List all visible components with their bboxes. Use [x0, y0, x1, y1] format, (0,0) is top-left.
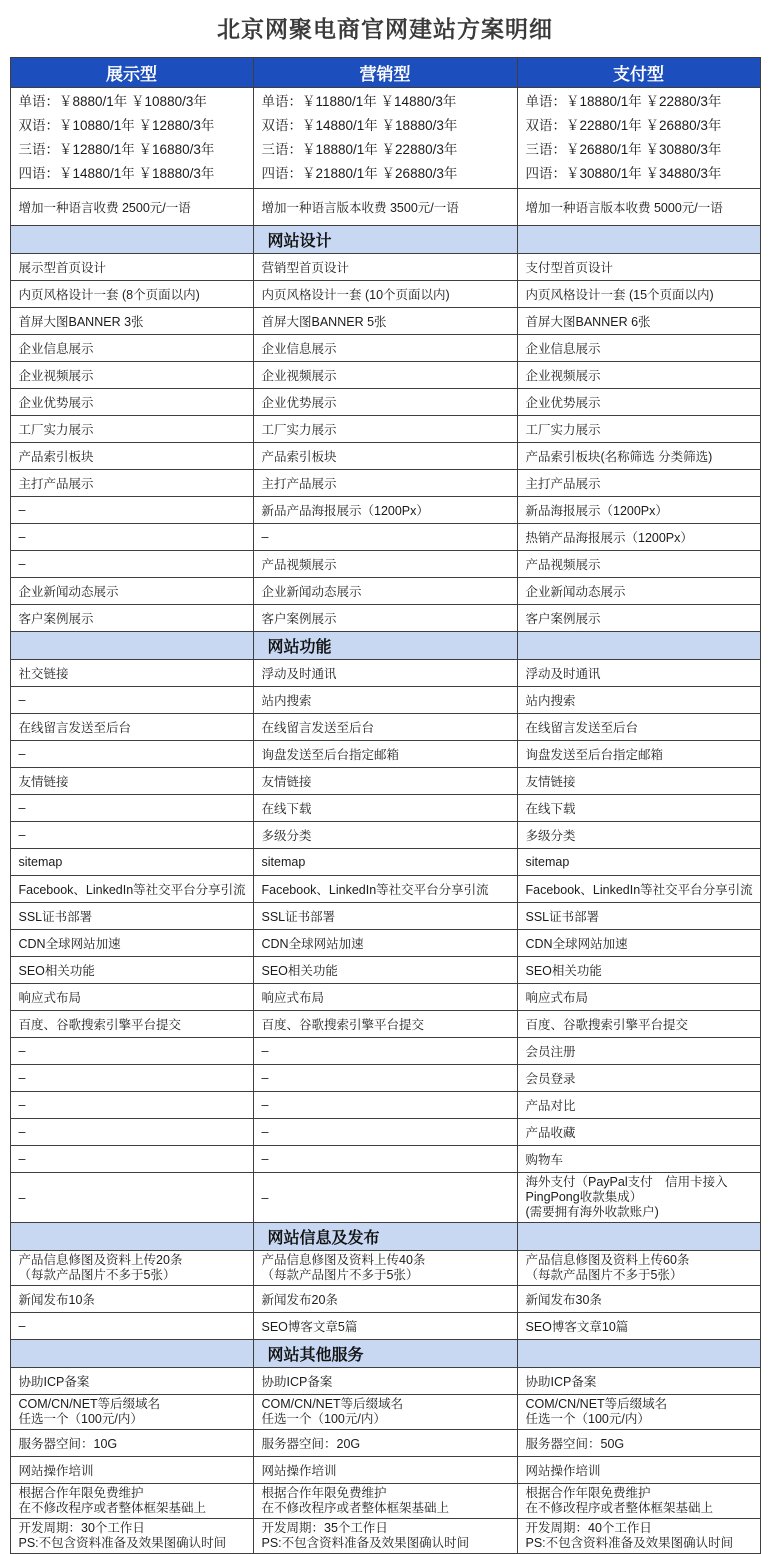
table-cell: – [10, 1173, 253, 1223]
table-cell: SEO博客文章10篇 [517, 1313, 760, 1340]
table-row: COM/CN/NET等后缀域名任选一个（100元/内）COM/CN/NET等后缀… [10, 1395, 760, 1430]
table-cell: – [10, 1092, 253, 1119]
table-row: –询盘发送至后台指定邮箱询盘发送至后台指定邮箱 [10, 741, 760, 768]
table-cell: 工厂实力展示 [517, 416, 760, 443]
table-row: 工厂实力展示工厂实力展示工厂实力展示 [10, 416, 760, 443]
table-cell: 在线下载 [253, 795, 517, 822]
section-cell [10, 1223, 253, 1251]
section-cell [10, 226, 253, 254]
cell-line: （每款产品图片不多于5张） [262, 1268, 509, 1283]
section-row: 网站设计 [10, 226, 760, 254]
column-header: 营销型 [253, 58, 517, 88]
section-label: 网站其他服务 [253, 1340, 517, 1368]
table-row: 网站操作培训网站操作培训网站操作培训 [10, 1457, 760, 1484]
table-cell: 网站操作培训 [10, 1457, 253, 1484]
cell-line: 在不修改程序或者整体框架基础上 [526, 1501, 752, 1516]
table-cell: 增加一种语言版本收费 5000元/一语 [517, 189, 760, 226]
cell-line: （每款产品图片不多于5张） [19, 1268, 245, 1283]
cell-line: 单语：￥18880/1年 ￥22880/3年 [526, 90, 752, 114]
table-cell: 客户案例展示 [517, 605, 760, 632]
table-row: 企业新闻动态展示企业新闻动态展示企业新闻动态展示 [10, 578, 760, 605]
table-cell: 增加一种语言收费 2500元/一语 [10, 189, 253, 226]
header-row: 展示型营销型支付型 [10, 58, 760, 88]
table-cell: 营销型首页设计 [253, 254, 517, 281]
cell-line: 产品信息修图及资料上传20条 [19, 1253, 245, 1268]
cell-line: 海外支付（PayPal支付 信用卡接入 [526, 1175, 752, 1190]
section-cell [10, 1340, 253, 1368]
table-cell: 增加一种语言版本收费 3500元/一语 [253, 189, 517, 226]
table-cell: 购物车 [517, 1146, 760, 1173]
table-cell: CDN全球网站加速 [253, 930, 517, 957]
cell-line: 单语：￥11880/1年 ￥14880/3年 [262, 90, 509, 114]
table-row: 客户案例展示客户案例展示客户案例展示 [10, 605, 760, 632]
cell-line: 双语：￥14880/1年 ￥18880/3年 [262, 114, 509, 138]
section-cell [517, 1223, 760, 1251]
table-cell: – [253, 1092, 517, 1119]
cell-line: 双语：￥10880/1年 ￥12880/3年 [19, 114, 245, 138]
table-row: 产品索引板块产品索引板块产品索引板块(名称筛选 分类筛选) [10, 443, 760, 470]
table-cell: 客户案例展示 [253, 605, 517, 632]
section-row: 网站功能 [10, 632, 760, 660]
table-cell: SEO博客文章5篇 [253, 1313, 517, 1340]
table-cell: – [10, 795, 253, 822]
table-cell: SEO相关功能 [517, 957, 760, 984]
table-cell: 企业新闻动态展示 [10, 578, 253, 605]
table-row: SEO相关功能SEO相关功能SEO相关功能 [10, 957, 760, 984]
table-cell: 企业优势展示 [10, 389, 253, 416]
table-cell: CDN全球网站加速 [517, 930, 760, 957]
cell-line: COM/CN/NET等后缀域名 [526, 1397, 752, 1412]
table-cell: 响应式布局 [517, 984, 760, 1011]
table-cell: – [10, 524, 253, 551]
table-cell: 产品收藏 [517, 1119, 760, 1146]
table-row: Facebook、LinkedIn等社交平台分享引流Facebook、Linke… [10, 876, 760, 903]
table-cell: SSL证书部署 [10, 903, 253, 930]
table-cell: 单语：￥18880/1年 ￥22880/3年双语：￥22880/1年 ￥2688… [517, 88, 760, 189]
table-row: ––会员登录 [10, 1065, 760, 1092]
table-row: –产品视频展示产品视频展示 [10, 551, 760, 578]
table-cell: 响应式布局 [10, 984, 253, 1011]
table-cell: COM/CN/NET等后缀域名任选一个（100元/内） [253, 1395, 517, 1430]
table-cell: – [10, 1038, 253, 1065]
cell-line: 根据合作年限免费维护 [262, 1486, 509, 1501]
table-cell: 友情链接 [517, 768, 760, 795]
table-row: ––会员注册 [10, 1038, 760, 1065]
table-cell: 网站操作培训 [517, 1457, 760, 1484]
table-cell: 企业信息展示 [253, 335, 517, 362]
table-cell: 协助ICP备案 [253, 1368, 517, 1395]
table-row: ––热销产品海报展示（1200Px） [10, 524, 760, 551]
table-row: 协助ICP备案协助ICP备案协助ICP备案 [10, 1368, 760, 1395]
table-row: 主打产品展示主打产品展示主打产品展示 [10, 470, 760, 497]
table-row: 新闻发布10条新闻发布20条新闻发布30条 [10, 1286, 760, 1313]
cell-line: 开发周期：30个工作日 [19, 1521, 245, 1536]
table-cell: 友情链接 [10, 768, 253, 795]
table-cell: 企业优势展示 [517, 389, 760, 416]
table-cell: 产品视频展示 [517, 551, 760, 578]
table-cell: 协助ICP备案 [517, 1368, 760, 1395]
column-header: 支付型 [517, 58, 760, 88]
table-cell: SEO相关功能 [253, 957, 517, 984]
table-cell: – [253, 1173, 517, 1223]
table-cell: 企业视频展示 [253, 362, 517, 389]
table-cell: 海外支付（PayPal支付 信用卡接入PingPong收款集成）(需要拥有海外收… [517, 1173, 760, 1223]
cell-line: 根据合作年限免费维护 [526, 1486, 752, 1501]
table-cell: sitemap [253, 849, 517, 876]
cell-line: PS:不包含资料准备及效果图确认时间 [19, 1536, 245, 1551]
table-cell: 多级分类 [253, 822, 517, 849]
table-cell: 新闻发布20条 [253, 1286, 517, 1313]
table-cell: 在线留言发送至后台 [10, 714, 253, 741]
cell-line: 在不修改程序或者整体框架基础上 [19, 1501, 245, 1516]
table-cell: 浮动及时通讯 [253, 660, 517, 687]
section-label: 网站功能 [253, 632, 517, 660]
table-row: 社交链接浮动及时通讯浮动及时通讯 [10, 660, 760, 687]
table-cell: 响应式布局 [253, 984, 517, 1011]
table-cell: – [10, 822, 253, 849]
table-cell: 企业新闻动态展示 [517, 578, 760, 605]
table-cell: 内页风格设计一套 (10个页面以内) [253, 281, 517, 308]
section-label: 网站信息及发布 [253, 1223, 517, 1251]
table-row: 百度、谷歌搜索引擎平台提交百度、谷歌搜索引擎平台提交百度、谷歌搜索引擎平台提交 [10, 1011, 760, 1038]
cell-line: 任选一个（100元/内） [526, 1412, 752, 1427]
table-cell: 单语：￥8880/1年 ￥10880/3年双语：￥10880/1年 ￥12880… [10, 88, 253, 189]
table-cell: – [253, 1119, 517, 1146]
cell-line: 在不修改程序或者整体框架基础上 [262, 1501, 509, 1516]
table-cell: 站内搜索 [253, 687, 517, 714]
table-cell: 工厂实力展示 [10, 416, 253, 443]
table-row: ––产品对比 [10, 1092, 760, 1119]
table-cell: 网站操作培训 [253, 1457, 517, 1484]
section-cell [517, 632, 760, 660]
table-cell: Facebook、LinkedIn等社交平台分享引流 [10, 876, 253, 903]
section-label: 网站设计 [253, 226, 517, 254]
table-row: sitemapsitemapsitemap [10, 849, 760, 876]
table-cell: 企业视频展示 [10, 362, 253, 389]
table-row: ––产品收藏 [10, 1119, 760, 1146]
table-cell: 百度、谷歌搜索引擎平台提交 [517, 1011, 760, 1038]
table-cell: 企业优势展示 [253, 389, 517, 416]
table-cell: 支付型首页设计 [517, 254, 760, 281]
cell-line: 根据合作年限免费维护 [19, 1486, 245, 1501]
cell-line: COM/CN/NET等后缀域名 [19, 1397, 245, 1412]
table-cell: 会员注册 [517, 1038, 760, 1065]
cell-line: （每款产品图片不多于5张） [526, 1268, 752, 1283]
section-cell [517, 226, 760, 254]
cell-line: 四语：￥14880/1年 ￥18880/3年 [19, 162, 245, 186]
cell-line: 四语：￥30880/1年 ￥34880/3年 [526, 162, 752, 186]
section-cell [517, 1340, 760, 1368]
table-cell: 新品海报展示（1200Px） [517, 497, 760, 524]
plans-table: 展示型营销型支付型 单语：￥8880/1年 ￥10880/3年双语：￥10880… [10, 57, 761, 1554]
table-cell: 社交链接 [10, 660, 253, 687]
table-cell: – [253, 1038, 517, 1065]
cell-line: 三语：￥18880/1年 ￥22880/3年 [262, 138, 509, 162]
cell-line: 单语：￥8880/1年 ￥10880/3年 [19, 90, 245, 114]
table-cell: 浮动及时通讯 [517, 660, 760, 687]
table-row: ––海外支付（PayPal支付 信用卡接入PingPong收款集成）(需要拥有海… [10, 1173, 760, 1223]
table-cell: 询盘发送至后台指定邮箱 [517, 741, 760, 768]
table-cell: 主打产品展示 [10, 470, 253, 497]
section-row: 网站其他服务 [10, 1340, 760, 1368]
table-cell: 根据合作年限免费维护在不修改程序或者整体框架基础上 [10, 1484, 253, 1519]
table-cell: 根据合作年限免费维护在不修改程序或者整体框架基础上 [517, 1484, 760, 1519]
table-cell: 开发周期：30个工作日PS:不包含资料准备及效果图确认时间 [10, 1519, 253, 1554]
table-row: 内页风格设计一套 (8个页面以内)内页风格设计一套 (10个页面以内)内页风格设… [10, 281, 760, 308]
table-row: SSL证书部署SSL证书部署SSL证书部署 [10, 903, 760, 930]
table-cell: CDN全球网站加速 [10, 930, 253, 957]
table-cell: 产品对比 [517, 1092, 760, 1119]
table-cell: – [253, 1065, 517, 1092]
section-cell [10, 632, 253, 660]
cell-line: 四语：￥21880/1年 ￥26880/3年 [262, 162, 509, 186]
table-cell: 服务器空间：50G [517, 1430, 760, 1457]
table-row: –新品产品海报展示（1200Px）新品海报展示（1200Px） [10, 497, 760, 524]
table-cell: COM/CN/NET等后缀域名任选一个（100元/内） [517, 1395, 760, 1430]
table-row: 友情链接友情链接友情链接 [10, 768, 760, 795]
table-cell: Facebook、LinkedIn等社交平台分享引流 [517, 876, 760, 903]
table-cell: – [10, 687, 253, 714]
table-cell: 在线留言发送至后台 [517, 714, 760, 741]
table-row: 产品信息修图及资料上传20条（每款产品图片不多于5张）产品信息修图及资料上传40… [10, 1251, 760, 1286]
table-cell: – [10, 1313, 253, 1340]
table-cell: – [10, 1119, 253, 1146]
table-cell: – [10, 551, 253, 578]
table-cell: 工厂实力展示 [253, 416, 517, 443]
cell-line: COM/CN/NET等后缀域名 [262, 1397, 509, 1412]
table-cell: 产品索引板块 [253, 443, 517, 470]
table-cell: 根据合作年限免费维护在不修改程序或者整体框架基础上 [253, 1484, 517, 1519]
table-cell: – [10, 497, 253, 524]
cell-line: 三语：￥26880/1年 ￥30880/3年 [526, 138, 752, 162]
table-cell: 首屏大图BANNER 5张 [253, 308, 517, 335]
table-row: 企业优势展示企业优势展示企业优势展示 [10, 389, 760, 416]
table-cell: SSL证书部署 [253, 903, 517, 930]
table-cell: 热销产品海报展示（1200Px） [517, 524, 760, 551]
section-row: 网站信息及发布 [10, 1223, 760, 1251]
table-cell: – [10, 1065, 253, 1092]
table-cell: 产品索引板块 [10, 443, 253, 470]
table-cell: 客户案例展示 [10, 605, 253, 632]
table-cell: 主打产品展示 [253, 470, 517, 497]
table-row: 企业信息展示企业信息展示企业信息展示 [10, 335, 760, 362]
table-cell: 新品产品海报展示（1200Px） [253, 497, 517, 524]
table-cell: 产品信息修图及资料上传60条（每款产品图片不多于5张） [517, 1251, 760, 1286]
table-cell: 产品索引板块(名称筛选 分类筛选) [517, 443, 760, 470]
table-cell: 首屏大图BANNER 6张 [517, 308, 760, 335]
table-cell: 产品视频展示 [253, 551, 517, 578]
table-row: 开发周期：30个工作日PS:不包含资料准备及效果图确认时间开发周期：35个工作日… [10, 1519, 760, 1554]
table-row: 响应式布局响应式布局响应式布局 [10, 984, 760, 1011]
table-row: –多级分类多级分类 [10, 822, 760, 849]
cell-line: 任选一个（100元/内） [262, 1412, 509, 1427]
table-row: CDN全球网站加速CDN全球网站加速CDN全球网站加速 [10, 930, 760, 957]
table-body: 单语：￥8880/1年 ￥10880/3年双语：￥10880/1年 ￥12880… [10, 88, 760, 1554]
table-cell: – [253, 1146, 517, 1173]
table-cell: 在线下载 [517, 795, 760, 822]
table-cell: COM/CN/NET等后缀域名任选一个（100元/内） [10, 1395, 253, 1430]
table-cell: 友情链接 [253, 768, 517, 795]
table-cell: – [253, 524, 517, 551]
table-cell: sitemap [517, 849, 760, 876]
table-cell: 企业新闻动态展示 [253, 578, 517, 605]
table-cell: 首屏大图BANNER 3张 [10, 308, 253, 335]
table-cell: 企业信息展示 [10, 335, 253, 362]
cell-line: PS:不包含资料准备及效果图确认时间 [526, 1536, 752, 1551]
table-cell: 协助ICP备案 [10, 1368, 253, 1395]
table-cell: 询盘发送至后台指定邮箱 [253, 741, 517, 768]
table-cell: Facebook、LinkedIn等社交平台分享引流 [253, 876, 517, 903]
cell-line: PS:不包含资料准备及效果图确认时间 [262, 1536, 509, 1551]
table-cell: 在线留言发送至后台 [253, 714, 517, 741]
table-cell: 站内搜索 [517, 687, 760, 714]
table-row: 根据合作年限免费维护在不修改程序或者整体框架基础上根据合作年限免费维护在不修改程… [10, 1484, 760, 1519]
table-row: 单语：￥8880/1年 ￥10880/3年双语：￥10880/1年 ￥12880… [10, 88, 760, 189]
table-cell: 服务器空间：10G [10, 1430, 253, 1457]
table-cell: 内页风格设计一套 (8个页面以内) [10, 281, 253, 308]
table-cell: SSL证书部署 [517, 903, 760, 930]
table-cell: 新闻发布10条 [10, 1286, 253, 1313]
table-cell: 服务器空间：20G [253, 1430, 517, 1457]
cell-line: 产品信息修图及资料上传40条 [262, 1253, 509, 1268]
cell-line: 三语：￥12880/1年 ￥16880/3年 [19, 138, 245, 162]
table-cell: 新闻发布30条 [517, 1286, 760, 1313]
table-cell: 开发周期：40个工作日PS:不包含资料准备及效果图确认时间 [517, 1519, 760, 1554]
table-row: –SEO博客文章5篇SEO博客文章10篇 [10, 1313, 760, 1340]
cell-line: PingPong收款集成） [526, 1190, 752, 1205]
table-cell: 开发周期：35个工作日PS:不包含资料准备及效果图确认时间 [253, 1519, 517, 1554]
table-cell: 百度、谷歌搜索引擎平台提交 [10, 1011, 253, 1038]
table-row: 展示型首页设计营销型首页设计支付型首页设计 [10, 254, 760, 281]
table-cell: 多级分类 [517, 822, 760, 849]
table-cell: sitemap [10, 849, 253, 876]
cell-line: 任选一个（100元/内） [19, 1412, 245, 1427]
table-cell: 展示型首页设计 [10, 254, 253, 281]
table-cell: 企业视频展示 [517, 362, 760, 389]
table-cell: – [10, 1146, 253, 1173]
table-row: 服务器空间：10G服务器空间：20G服务器空间：50G [10, 1430, 760, 1457]
table-row: –站内搜索站内搜索 [10, 687, 760, 714]
table-cell: 产品信息修图及资料上传20条（每款产品图片不多于5张） [10, 1251, 253, 1286]
cell-line: 开发周期：40个工作日 [526, 1521, 752, 1536]
table-row: –在线下载在线下载 [10, 795, 760, 822]
table-cell: SEO相关功能 [10, 957, 253, 984]
table-cell: 百度、谷歌搜索引擎平台提交 [253, 1011, 517, 1038]
table-cell: 企业信息展示 [517, 335, 760, 362]
table-row: 在线留言发送至后台在线留言发送至后台在线留言发送至后台 [10, 714, 760, 741]
table-cell: 产品信息修图及资料上传40条（每款产品图片不多于5张） [253, 1251, 517, 1286]
page-title: 北京网聚电商官网建站方案明细 [0, 11, 770, 44]
table-cell: – [10, 741, 253, 768]
cell-line: 开发周期：35个工作日 [262, 1521, 509, 1536]
table-row: 首屏大图BANNER 3张首屏大图BANNER 5张首屏大图BANNER 6张 [10, 308, 760, 335]
cell-line: 产品信息修图及资料上传60条 [526, 1253, 752, 1268]
table-cell: 主打产品展示 [517, 470, 760, 497]
table-cell: 单语：￥11880/1年 ￥14880/3年双语：￥14880/1年 ￥1888… [253, 88, 517, 189]
column-header: 展示型 [10, 58, 253, 88]
cell-line: 双语：￥22880/1年 ￥26880/3年 [526, 114, 752, 138]
table-row: 增加一种语言收费 2500元/一语增加一种语言版本收费 3500元/一语增加一种… [10, 189, 760, 226]
table-cell: 会员登录 [517, 1065, 760, 1092]
table-cell: 内页风格设计一套 (15个页面以内) [517, 281, 760, 308]
cell-line: (需要拥有海外收款账户) [526, 1205, 752, 1220]
table-row: 企业视频展示企业视频展示企业视频展示 [10, 362, 760, 389]
table-row: ––购物车 [10, 1146, 760, 1173]
